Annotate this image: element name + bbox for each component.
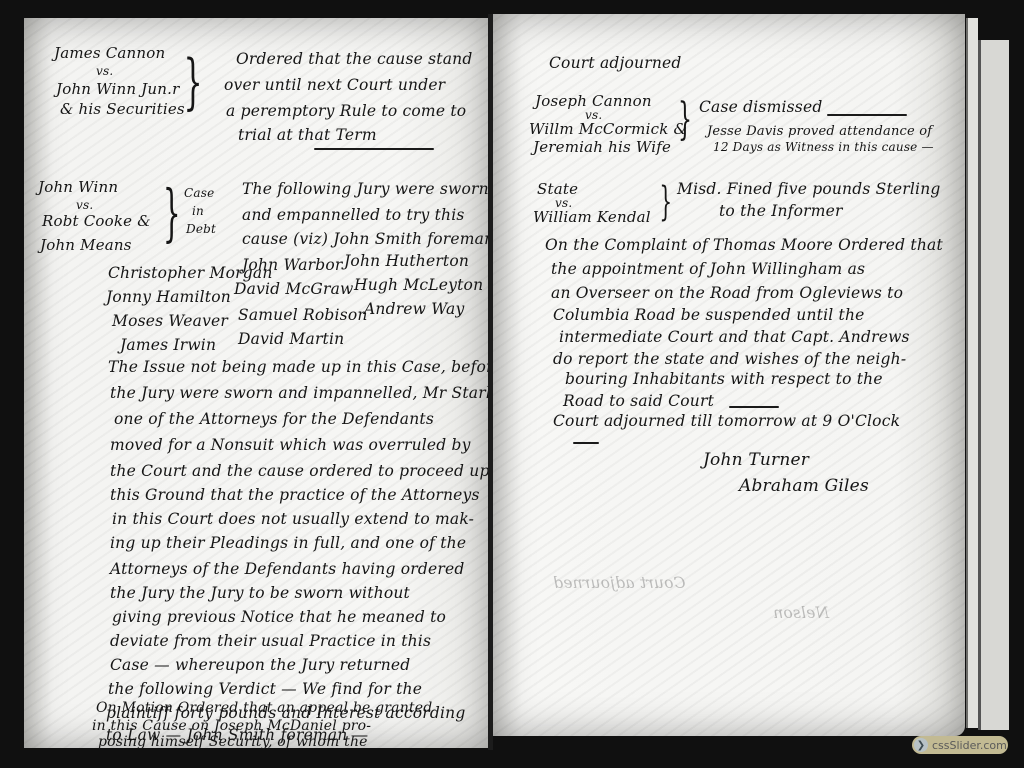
entry-line: a peremptory Rule to come to <box>226 102 466 120</box>
party-defendant: Willm McCormick & <box>529 120 687 138</box>
brace-icon: } <box>659 182 672 222</box>
action-type: Case <box>184 186 214 200</box>
page-edge-stack <box>978 40 1009 730</box>
proceedings-line: The Issue not being made up in this Case… <box>108 358 493 376</box>
entry-line: trial at that Term <box>238 126 377 144</box>
proceedings-line: in this Cause on Joseph McDaniel pro- <box>92 718 371 734</box>
entry-line: over until next Court under <box>224 76 445 94</box>
party-plaintiff: James Cannon <box>54 44 165 62</box>
versus-label: vs. <box>96 64 113 78</box>
party-defendant: John Means <box>40 236 132 254</box>
entry-end-rule <box>314 148 434 150</box>
proceedings-line: posing himself Security, of whom the <box>98 734 368 750</box>
complaint-line: Columbia Road be suspended until the <box>553 306 865 324</box>
document-scan: James Cannon vs. John Winn Jun.r & his S… <box>0 0 1024 768</box>
juror-name: James Irwin <box>120 336 216 354</box>
entry-line: The following Jury were sworn <box>242 180 489 198</box>
complaint-line: intermediate Court and that Capt. Andrew… <box>559 328 910 346</box>
adjournment-note: Court adjourned till tomorrow at 9 O'Clo… <box>553 412 900 430</box>
bleed-through-text: Nelson <box>773 604 829 622</box>
complaint-line: an Overseer on the Road from Ogleviews t… <box>551 284 903 302</box>
left-page: James Cannon vs. John Winn Jun.r & his S… <box>24 18 493 748</box>
entry-line: Misd. Fined five pounds Sterling <box>677 180 941 198</box>
bleed-through-text: Court adjourned <box>553 574 686 592</box>
proceedings-line: giving previous Notice that he meaned to <box>112 608 446 626</box>
page-header: Court adjourned <box>549 54 682 72</box>
brace-icon: } <box>163 182 181 244</box>
juror-name: David Martin <box>238 330 344 348</box>
entry-line: Ordered that the cause stand <box>236 50 472 68</box>
party-defendant: William Kendal <box>533 208 651 226</box>
proceedings-line: moved for a Nonsuit which was overruled … <box>110 436 471 454</box>
proceedings-line: On Motion Ordered that an appeal be gran… <box>96 700 432 716</box>
juror-name: Samuel Robison <box>238 306 368 324</box>
watermark-badge[interactable]: ❯ cssSlider.com <box>912 736 1008 754</box>
action-type: Debt <box>186 222 216 236</box>
signature: Abraham Giles <box>739 476 869 496</box>
signature: John Turner <box>703 450 809 470</box>
entry-line: cause (viz) John Smith foreman <box>242 230 493 248</box>
entry-line: Jesse Davis proved attendance of <box>707 124 932 139</box>
proceedings-line: this Ground that the practice of the Att… <box>110 486 480 504</box>
entry-line: 12 Days as Witness in this cause — <box>713 140 934 154</box>
party-defendant: Jeremiah his Wife <box>533 138 671 156</box>
complaint-line: do report the state and wishes of the ne… <box>553 350 906 368</box>
party-plaintiff: John Winn <box>38 178 118 196</box>
complaint-line: the appointment of John Willingham as <box>551 260 865 278</box>
proceedings-line: ing up their Pleadings in full, and one … <box>110 534 466 552</box>
entry-end-rule <box>729 406 779 408</box>
juror-name: Moses Weaver <box>112 312 228 330</box>
proceedings-line: the Jury were sworn and impannelled, Mr … <box>110 384 493 402</box>
party-defendant: John Winn Jun.r <box>56 80 179 98</box>
juror-name: Hugh McLeyton <box>354 276 483 294</box>
brace-icon: } <box>678 98 692 142</box>
complaint-line: Road to said Court <box>563 392 714 410</box>
short-rule <box>573 442 599 444</box>
complaint-line: On the Complaint of Thomas Moore Ordered… <box>545 236 943 254</box>
action-type: in <box>192 204 204 218</box>
juror-name: John Hutherton <box>344 252 469 270</box>
proceedings-line: Case — whereupon the Jury returned <box>110 656 410 674</box>
proceedings-line: in this Court does not usually extend to… <box>112 510 474 528</box>
right-page: Court adjourned Joseph Cannon vs. Willm … <box>493 14 965 736</box>
versus-label: vs. <box>76 198 93 212</box>
entry-line: and empannelled to try this <box>242 206 465 224</box>
proceedings-line: deviate from their usual Practice in thi… <box>110 632 431 650</box>
watermark-label: cssSlider.com <box>932 739 1007 752</box>
proceedings-line: Attorneys of the Defendants having order… <box>110 560 464 578</box>
proceedings-line: the Jury the Jury to be sworn without <box>110 584 410 602</box>
proceedings-line: the following Verdict — We find for the <box>108 680 422 698</box>
proceedings-line: one of the Attorneys for the Defendants <box>114 410 434 428</box>
proceedings-line: the Court and the cause ordered to proce… <box>110 462 493 480</box>
entry-line: to the Informer <box>719 202 843 220</box>
juror-name: David McGraw <box>234 280 353 298</box>
party-defendant: Robt Cooke & <box>42 212 151 230</box>
complaint-line: bouring Inhabitants with respect to the <box>565 370 883 388</box>
brace-icon: } <box>184 52 203 112</box>
entry-line: Case dismissed <box>699 98 822 116</box>
entry-end-rule <box>827 114 907 116</box>
juror-name: John Warbor <box>242 256 343 274</box>
party-defendant-securities: & his Securities <box>60 100 185 118</box>
chevron-right-icon: ❯ <box>914 738 928 752</box>
page-edge <box>966 18 978 728</box>
juror-name: Jonny Hamilton <box>106 288 231 306</box>
juror-name: Andrew Way <box>364 300 464 318</box>
